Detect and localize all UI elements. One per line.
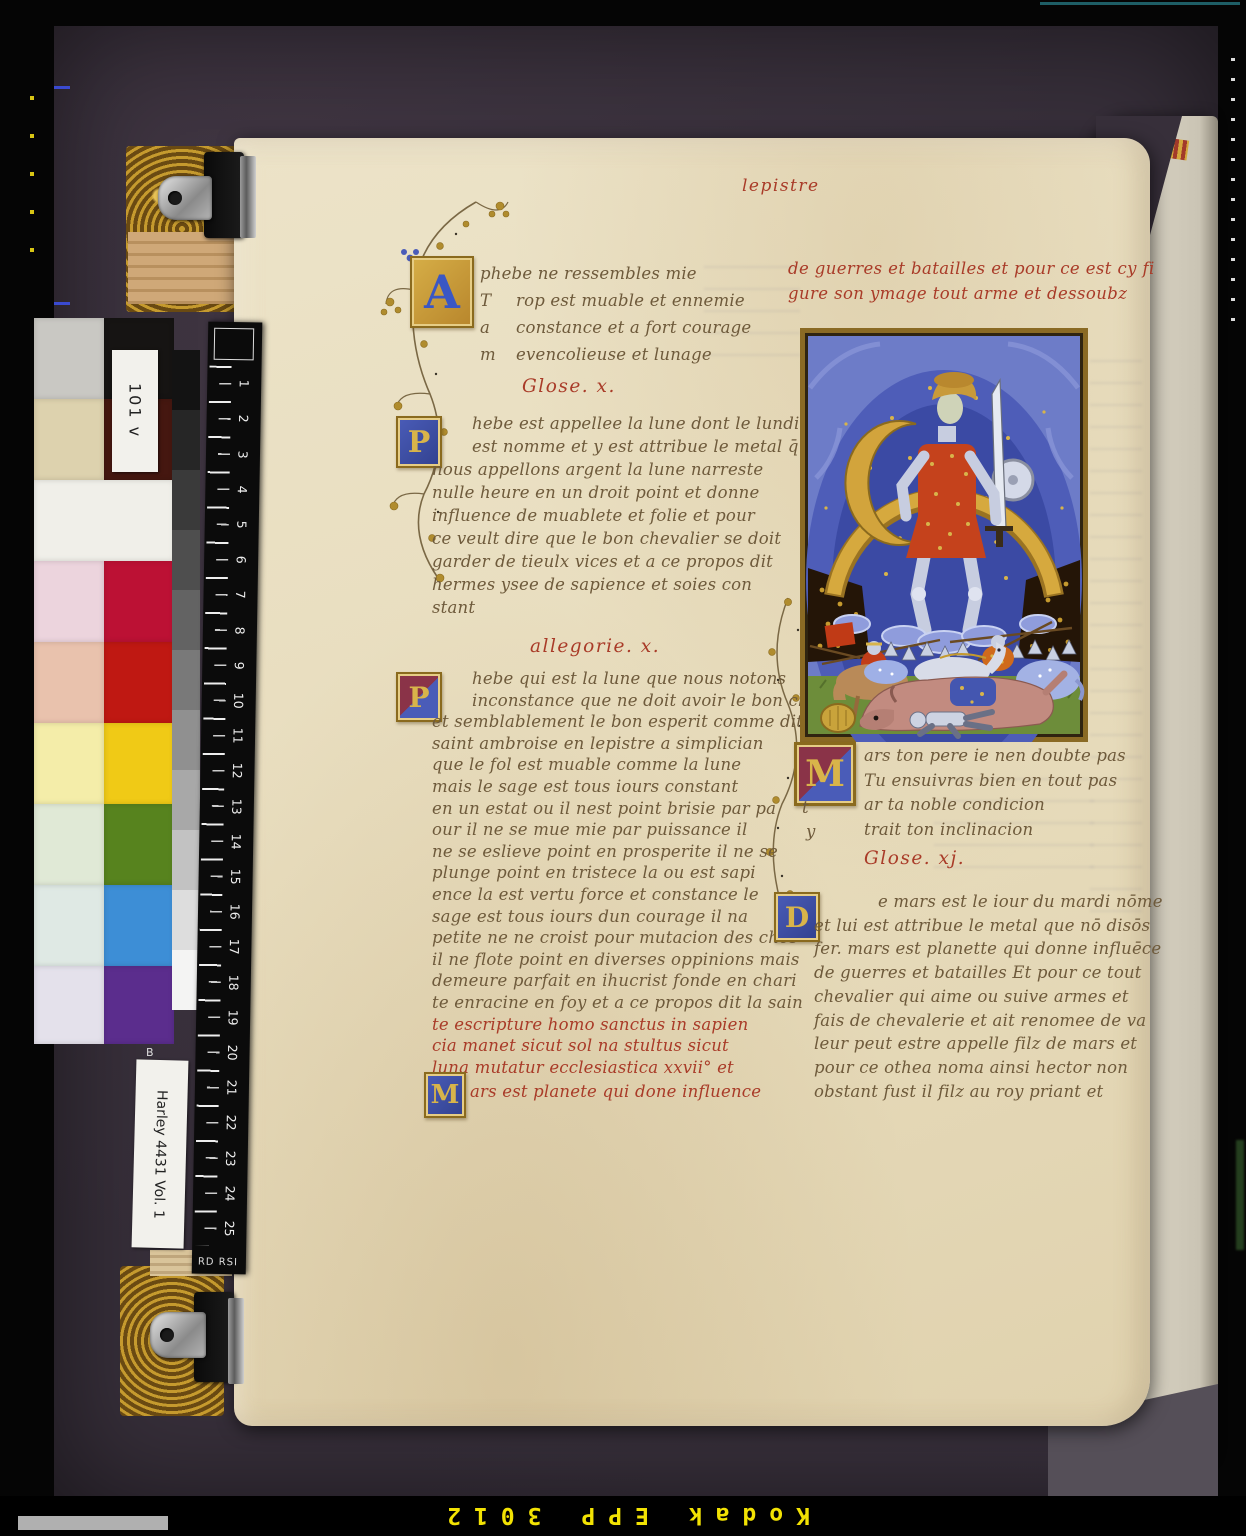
color-patch [34,723,104,804]
verse-line-text: ar ta noble condicion [864,795,1045,814]
film-edge-mark [54,86,70,89]
verse-line: Tu ensuivras bien en tout pas [864,769,1126,794]
film-stock-marking: Kodak EPP 3012 [330,1498,810,1532]
color-patch [104,642,174,723]
gray-step [172,590,200,650]
text-line: nous appellons argent la lune narreste [432,458,799,481]
text-line: mais le sage est tous iours constant [432,776,822,798]
text-line: fer. mars est planette qui donne influēc… [814,937,1163,961]
allegorie-heading: allegorie. x. [530,636,660,657]
color-patch-white [34,480,174,561]
rubric-line: de guerres et batailles et pour ce est c… [788,256,1155,281]
color-patch [34,885,104,966]
wooden-board [128,232,236,304]
text-line: hebe qui est la lune que nous notons [432,668,822,690]
text-line: de guerres et batailles Et pour ce tout [814,961,1163,985]
text-line: ence la est vertu force et constance le [432,884,822,906]
grayscale-step-wedge [172,350,200,1010]
folio-number-sticker: 101 v [112,350,158,472]
text-line: en un estat ou il nest point brisie par … [432,798,822,820]
shelfmark-sticker: Harley 4431 Vol. 1 [132,1059,189,1248]
text-line: et semblablement le bon esperit comme di… [432,711,822,733]
text-line: fais de chevalerie et ait renomee de va [814,1009,1163,1033]
glose-xj-heading: Glose. xj. [864,848,965,869]
text-line: ne se eslieve point en prosperite il ne … [432,841,822,863]
mars-incipit-line: ars est planete qui done influence [470,1082,761,1101]
text-line: hermes ysee de sapience et soies con [432,573,799,596]
verse-guide-letter: a [480,314,516,341]
photographed-manuscript-scan: lepistre [0,0,1246,1536]
verse-line: mevencolieuse et lunage [480,341,751,368]
battle-banner [825,622,856,648]
gray-step [172,830,200,890]
ruler-footer-label: RD RSI [198,1257,238,1269]
color-patch [104,966,174,1044]
verse-line-text: constance et a fort courage [516,318,751,337]
latin-quote-line: te escripture homo sanctus in sapien [432,1014,822,1036]
text-line: hebe est appellee la lune dont le lundi [432,412,799,435]
gray-step [172,470,200,530]
verse-line: ar ta noble condicion [864,793,1126,818]
film-edge-line [1040,2,1240,5]
glose-xj-text: e mars est le iour du mardi nōme et lui … [814,890,1163,1103]
text-line: obstant fust il filz au roy priant et [814,1080,1163,1104]
verse-left: phebe ne ressembles mie Trop est muable … [480,260,751,368]
ruler-head-box [214,328,255,361]
text-line: te enracine en foy et a ce propos dit la… [432,992,822,1014]
verse-line: Trop est muable et ennemie [480,287,751,314]
gray-step [172,530,200,590]
color-patch [104,885,174,966]
text-line: leur peut estre appelle filz de mars et [814,1032,1163,1056]
manuscript-page: lepistre [234,138,1150,1426]
rubric-line: gure son ymage tout arme et dessoubz [788,281,1155,306]
color-patch [34,966,104,1044]
gray-step [172,890,200,950]
miniature-mars-battle [800,328,1088,742]
glose-x-heading: Glose. x. [522,376,616,397]
verse-line: aconstance et a fort courage [480,314,751,341]
gray-step [172,350,200,410]
allegorie-text: hebe qui est la lune que nous notons inc… [432,668,822,1078]
color-patch [104,804,174,885]
text-line: pour ce othea noma ainsi hector non [814,1056,1163,1080]
text-line: ce veult dire que le bon chevalier se do… [432,527,799,550]
text-line: influence de muablete et folie et pour [432,504,799,527]
color-patch [104,723,174,804]
verse-guide-letter: m [480,341,516,368]
text-line: stant [432,596,799,619]
film-edge-artifact [1236,1140,1244,1250]
film-frame-code-marks [30,96,34,286]
verse-guide-letter: T [480,287,516,314]
verse-guide-letter: y [806,822,816,841]
verse-line-text: rop est muable et ennemie [516,291,745,310]
color-patch [34,804,104,885]
text-line: e mars est le iour du mardi nōme [814,890,1163,914]
gray-step [172,650,200,710]
illuminated-initial-M: M [794,742,856,806]
text-line: our il ne se mue mie par puissance il [432,819,822,841]
text-line: est nomme et y est attribue le metal q̄ [432,435,799,458]
latin-quote-line: luna mutatur ecclesiastica xxvii° et [432,1057,822,1079]
text-line: saint ambroise en lepistre a simplician [432,733,822,755]
text-line: inconstance que ne doit avoir le bon chl… [432,690,822,712]
gray-step [172,710,200,770]
text-line: chevalier qui aime ou suive armes et [814,985,1163,1009]
text-line: garder de tieulx vices et a ce propos di… [432,550,799,573]
color-patch [34,318,104,399]
color-patch [104,561,174,642]
text-line: que le fol est muable comme la lune [432,754,822,776]
glose-x-text: hebe est appellee la lune dont le lundi … [432,412,799,619]
color-patch [34,399,104,480]
text-line: demeure parfait en ihucrist fonde en cha… [432,970,822,992]
text-line: et lui est attribue le metal que nō disō… [814,914,1163,938]
verse-guide-letter: t [802,798,809,817]
text-line: sage est tous iours dun courage il na [432,906,822,928]
text-line: il ne flote point en diverses oppinions … [432,949,822,971]
film-edge-flare [18,1516,168,1530]
color-patch [34,561,104,642]
verse-right: ars ton pere ie nen doubte pas Tu ensuiv… [864,744,1126,842]
illuminated-initial-A: A [410,256,474,328]
verse-line: phebe ne ressembles mie [480,260,751,287]
text-line: nulle heure en un droit point et donne [432,481,799,504]
verse-line-text: trait ton inclinacion [864,820,1033,839]
color-patch [34,642,104,723]
film-edge-mark [54,302,70,305]
champ-initial-M: M [424,1072,466,1118]
text-line: petite ne ne croist pour mutacion des ch… [432,927,822,949]
gray-step [172,410,200,470]
running-header: lepistre [742,176,820,196]
verse-line: ars ton pere ie nen doubte pas [864,744,1126,769]
gray-step [172,770,200,830]
verse-line: trait ton inclinacion [864,818,1126,843]
miniature-rubric: de guerres et batailles et pour ce est c… [788,256,1155,306]
film-perforation-dots [1231,58,1235,334]
verse-line-text: evencolieuse et lunage [516,345,712,364]
text-line: plunge point en tristece la ou est sapi [432,862,822,884]
latin-quote-line: cia manet sicut sol na stultus sicut [432,1035,822,1057]
chart-index-letter: B [146,1046,154,1059]
